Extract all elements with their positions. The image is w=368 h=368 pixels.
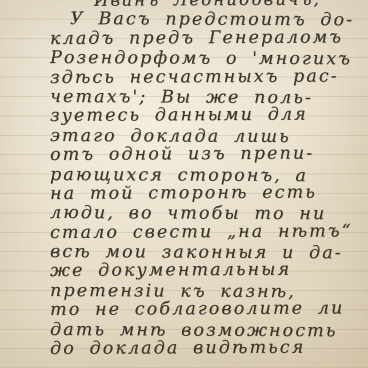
manuscript-line: до доклада видѣться (50, 338, 368, 359)
manuscript-line: кладъ предъ Генераломъ (50, 28, 368, 49)
manuscript-line: то не соблаговолите ли (50, 300, 368, 321)
manuscript-line: стало свести „на нѣтъ“ (50, 222, 368, 243)
manuscript-page: Иванъ Леонидовичъ, У Васъ предстоитъ до-… (0, 0, 368, 368)
manuscript-line: на той сторонѣ есть (50, 183, 368, 204)
manuscript-text-block: Иванъ Леонидовичъ, У Васъ предстоитъ до-… (50, 0, 368, 359)
manuscript-line: отъ одной изъ препи- (50, 144, 368, 165)
manuscript-line: зуетесь данными для (50, 106, 368, 127)
manuscript-line: здѣсь несчастныхъ рас- (50, 67, 368, 88)
manuscript-line: же документальныя (50, 261, 368, 282)
